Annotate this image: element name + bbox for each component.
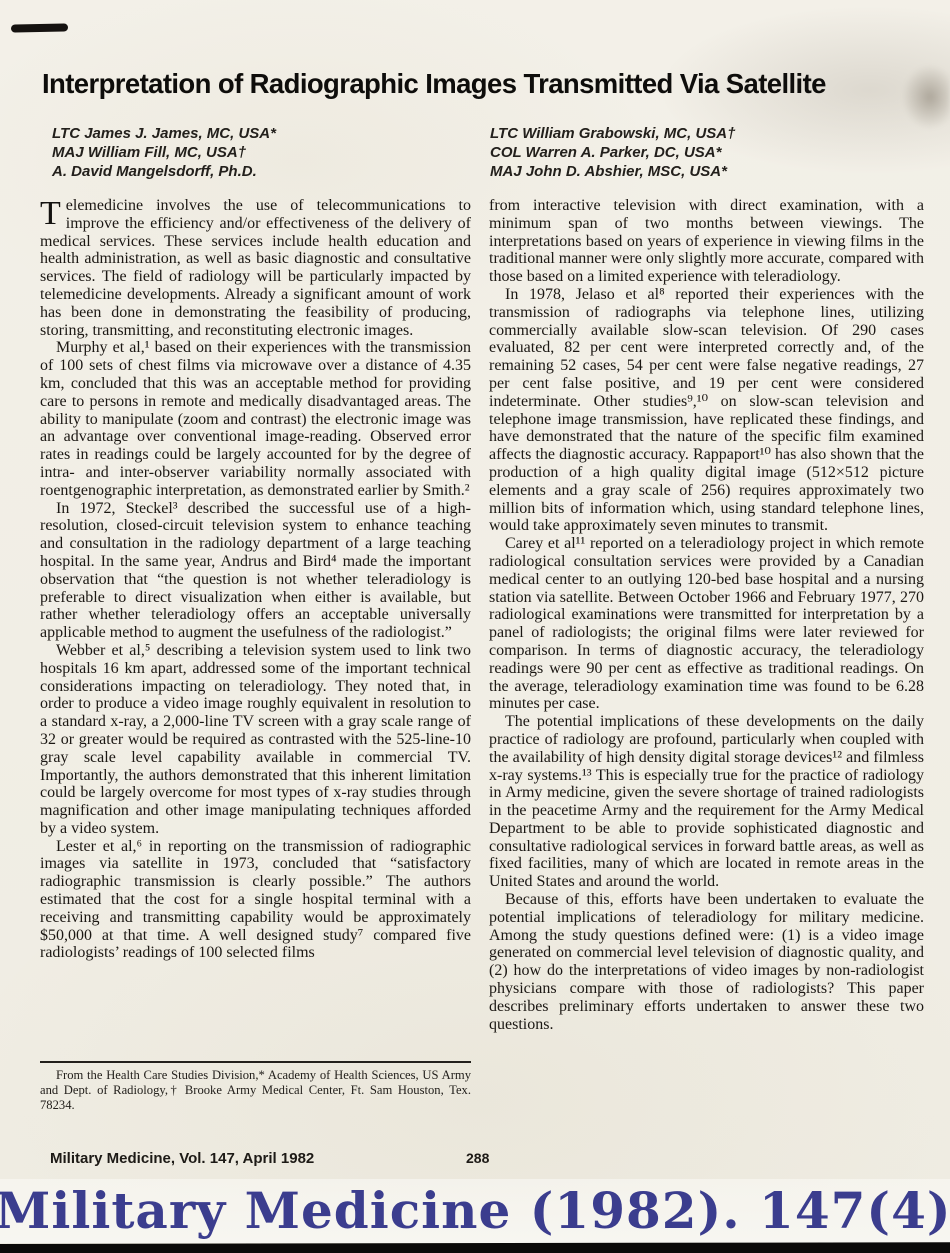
authors-right: LTC William Grabowski, MC, USA† COL Warr… [490, 124, 910, 181]
paragraph: In 1972, Steckel³ described the successf… [40, 500, 471, 642]
author-line: COL Warren A. Parker, DC, USA* [490, 143, 910, 162]
authors-left: LTC James J. James, MC, USA* MAJ William… [52, 124, 490, 181]
page-number: 288 [466, 1150, 489, 1166]
paragraph: In 1978, Jelaso et al⁸ reported their ex… [489, 286, 924, 535]
paragraph: Murphy et al,¹ based on their experience… [40, 339, 471, 499]
footnote-rule [40, 1061, 471, 1063]
footnote-block: From the Health Care Studies Division,* … [40, 1061, 471, 1113]
author-block: LTC James J. James, MC, USA* MAJ William… [52, 124, 912, 181]
paragraph-text: elemedicine involves the use of telecomm… [40, 197, 471, 339]
paragraph: Because of this, efforts have been under… [489, 891, 924, 1033]
footnote-text: From the Health Care Studies Division,* … [40, 1068, 471, 1113]
scan-ink-dash [11, 23, 68, 32]
paragraph: Webber et al,⁵ describing a television s… [40, 642, 471, 838]
paragraph: Lester et al,⁶ in reporting on the trans… [40, 838, 471, 963]
journal-line: Military Medicine, Vol. 147, April 1982 [50, 1150, 314, 1167]
scanned-paper-page: Interpretation of Radiographic Images Tr… [0, 0, 950, 1253]
drop-cap: T [40, 197, 66, 229]
article-title: Interpretation of Radiographic Images Tr… [42, 68, 937, 100]
watermark-citation: Military Medicine (1982). 147(4). [0, 1181, 950, 1240]
paragraph: from interactive television with direct … [489, 197, 924, 286]
left-column: Telemedicine involves the use of telecom… [40, 197, 471, 1113]
right-column: from interactive television with direct … [489, 197, 924, 1113]
author-line: LTC James J. James, MC, USA* [52, 124, 490, 143]
author-line: MAJ William Fill, MC, USA† [52, 143, 490, 162]
article-body: Telemedicine involves the use of telecom… [40, 197, 924, 1113]
scan-bottom-bar [0, 1242, 950, 1253]
author-line: LTC William Grabowski, MC, USA† [490, 124, 910, 143]
author-line: MAJ John D. Abshier, MSC, USA* [490, 162, 910, 181]
paragraph: The potential implications of these deve… [489, 713, 924, 891]
paragraph: Telemedicine involves the use of telecom… [40, 197, 471, 339]
paragraph: Carey et al¹¹ reported on a teleradiolog… [489, 535, 924, 713]
author-line: A. David Mangelsdorff, Ph.D. [52, 162, 490, 181]
page-footer: Military Medicine, Vol. 147, April 1982 … [50, 1150, 910, 1167]
